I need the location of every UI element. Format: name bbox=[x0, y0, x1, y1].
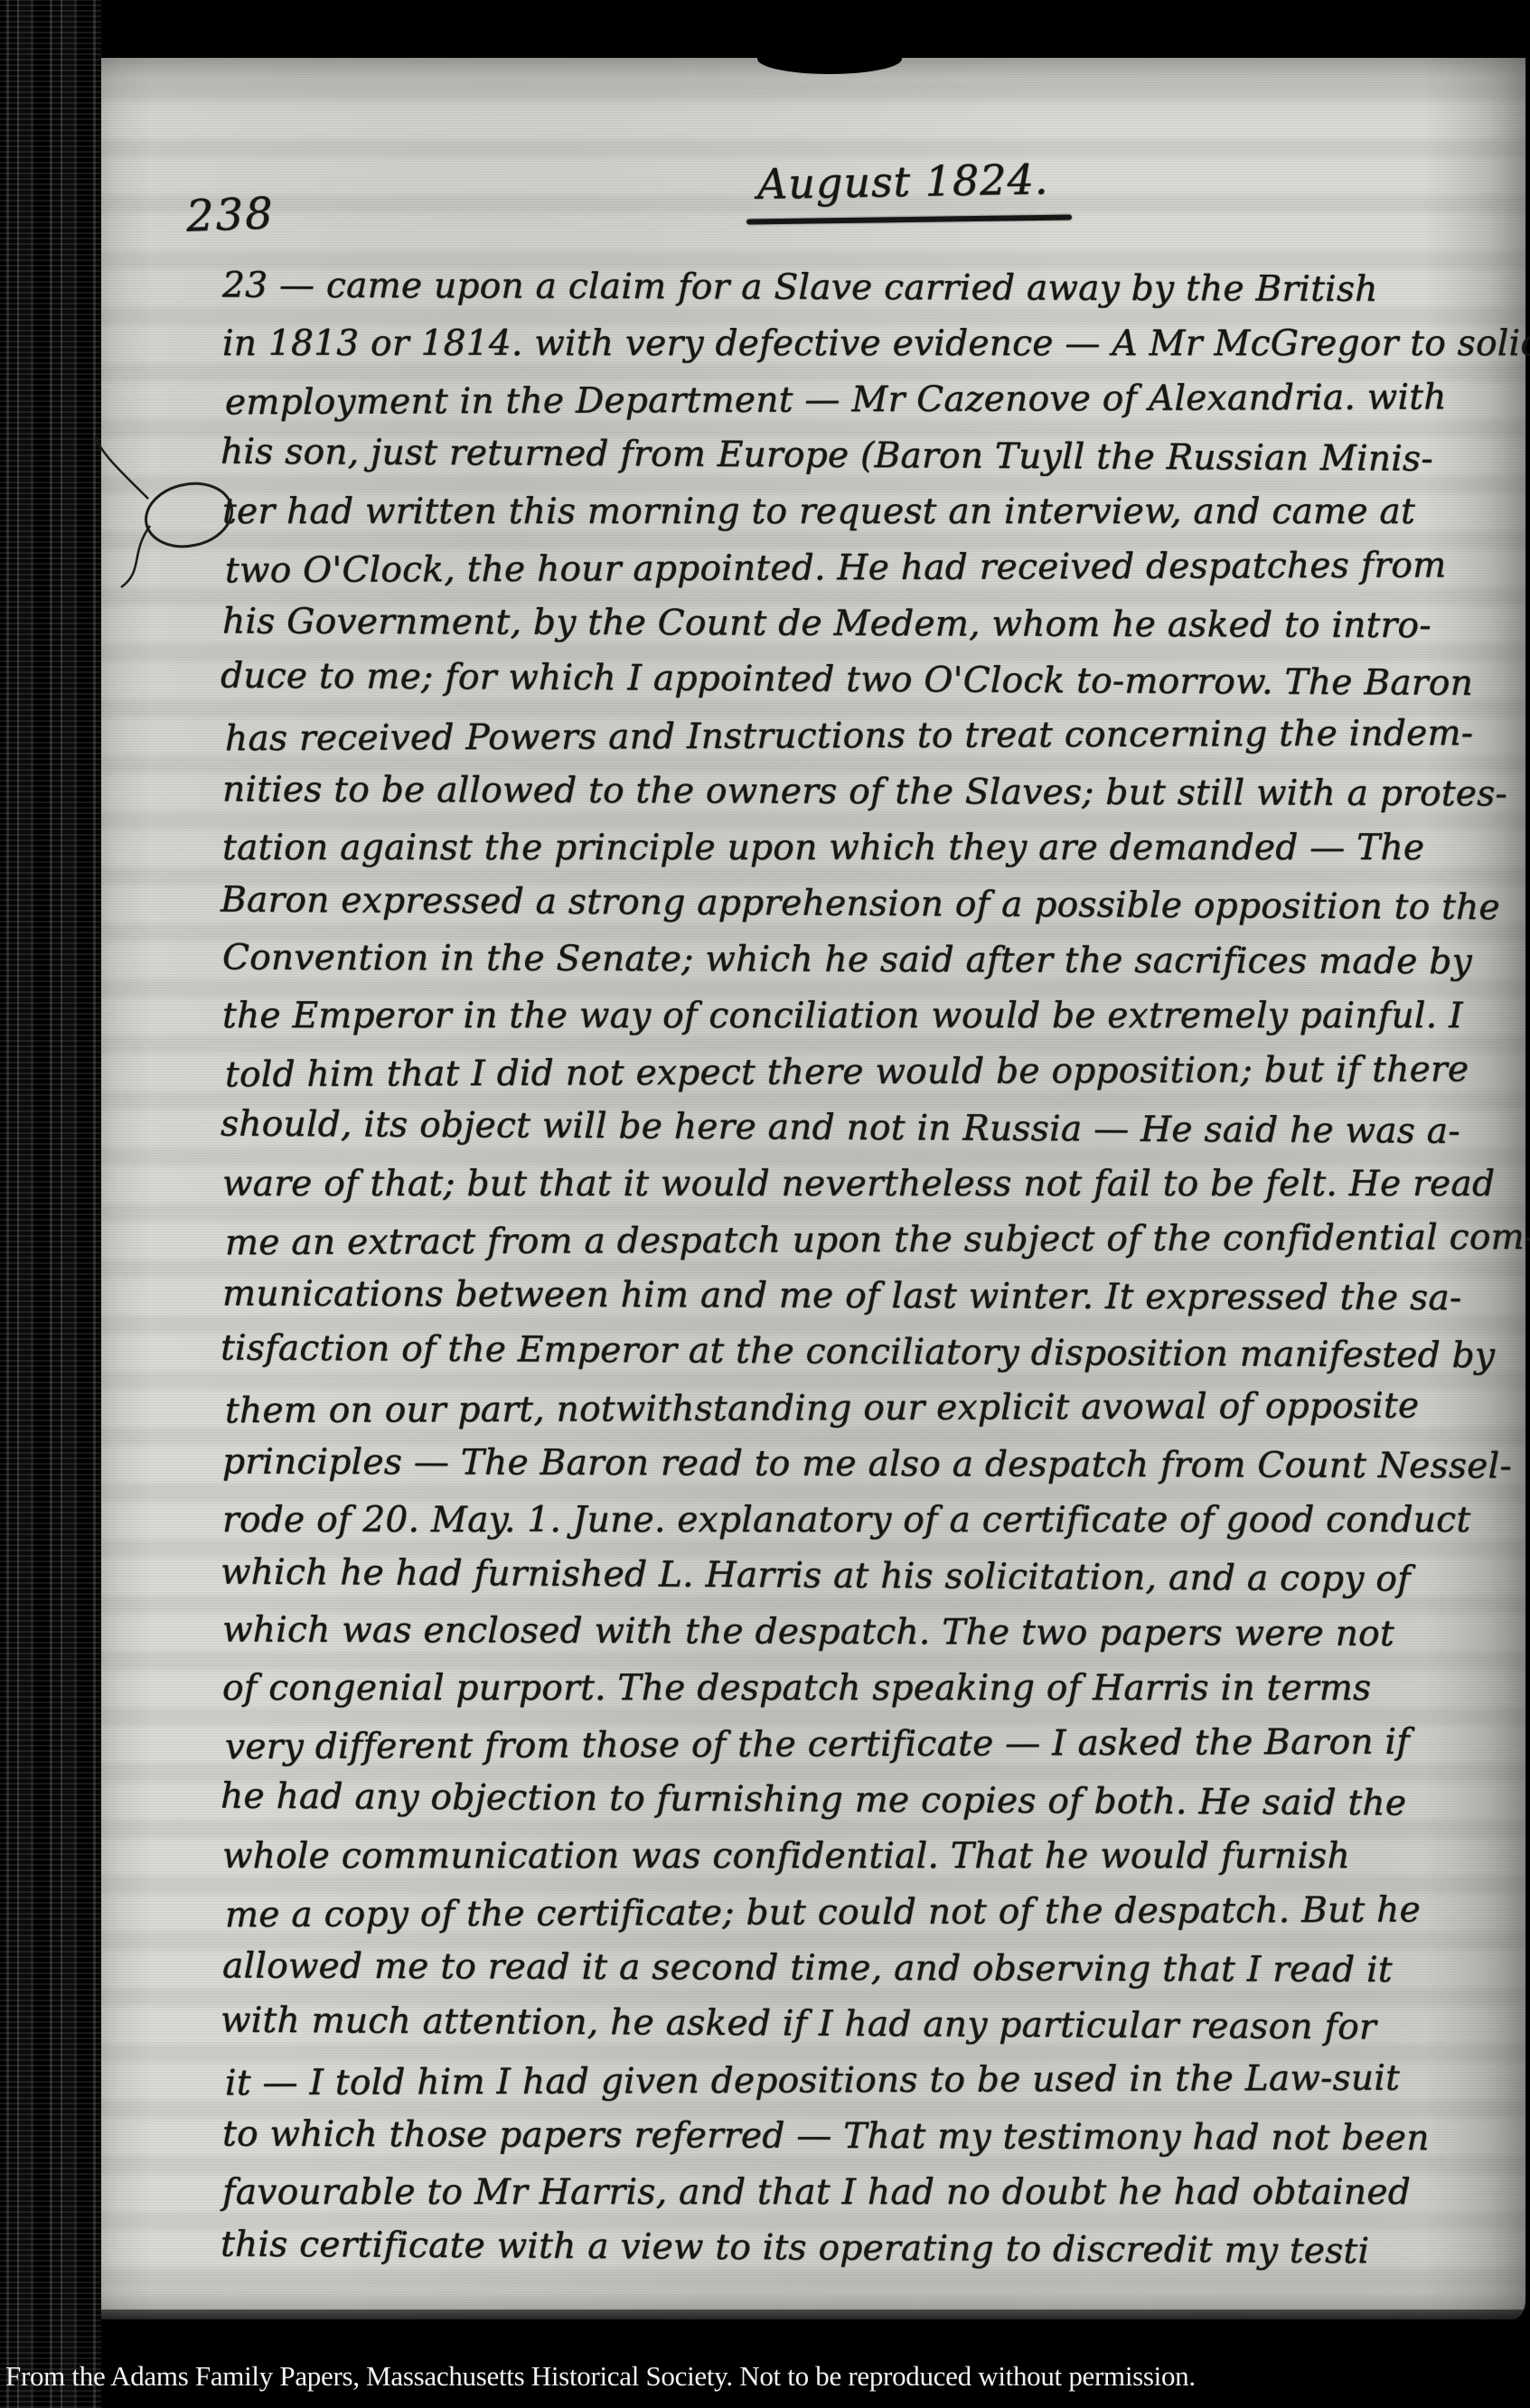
entry-date-header: August 1824. bbox=[757, 155, 1049, 209]
book-spine bbox=[0, 0, 101, 2408]
manuscript-line: he had any objection to furnishing me co… bbox=[221, 1770, 1530, 1834]
manuscript-line: very different from those of the certifi… bbox=[225, 1716, 1530, 1777]
attribution-caption: From the Adams Family Papers, Massachuse… bbox=[5, 2360, 1530, 2393]
manuscript-line: Convention in the Senate; which he said … bbox=[222, 932, 1530, 992]
manuscript-line: whole communication was confidential. Th… bbox=[222, 1831, 1530, 1887]
manuscript-line: me a copy of the certificate; but could … bbox=[225, 1884, 1530, 1945]
manuscript-line: which was enclosed with the despatch. Th… bbox=[222, 1604, 1530, 1664]
manuscript-line: of congenial purport. The despatch speak… bbox=[222, 1663, 1530, 1719]
manuscript-line: to which those papers referred — That my… bbox=[222, 2108, 1530, 2169]
manuscript-line: should, its object will be here and not … bbox=[221, 1098, 1530, 1162]
manuscript-line: two O'Clock, the hour appointed. He had … bbox=[225, 539, 1530, 601]
manuscript-line: tisfaction of the Emperor at the concili… bbox=[221, 1322, 1530, 1386]
manuscript-line: munications between him and me of last w… bbox=[222, 1268, 1530, 1328]
margin-pen-mark bbox=[94, 436, 266, 589]
manuscript-line: nities to be allowed to the owners of th… bbox=[222, 764, 1530, 824]
manuscript-line: this certificate with a view to its oper… bbox=[221, 2218, 1530, 2282]
manuscript-line: in 1813 or 1814. with very defective evi… bbox=[222, 318, 1530, 374]
scan-top-border bbox=[0, 0, 1530, 58]
manuscript-page: 238 August 1824. 23 — came upon a claim … bbox=[52, 56, 1525, 2319]
manuscript-line: tation against the principle upon which … bbox=[222, 822, 1530, 878]
manuscript-line: employment in the Department — Mr Cazeno… bbox=[225, 371, 1530, 433]
scan-bottom-border bbox=[0, 2310, 1530, 2408]
manuscript-line: has received Powers and Instructions to … bbox=[225, 707, 1530, 769]
manuscript-line: the Emperor in the way of conciliation w… bbox=[222, 990, 1530, 1046]
manuscript-line: it — I told him I had given depositions … bbox=[225, 2052, 1530, 2113]
manuscript-line: his son, just returned from Europe (Baro… bbox=[221, 426, 1530, 490]
manuscript-line: told him that I did not expect there wou… bbox=[225, 1044, 1530, 1105]
manuscript-line: allowed me to read it a second time, and… bbox=[222, 1940, 1530, 2000]
manuscript-line: me an extract from a despatch upon the s… bbox=[225, 1212, 1530, 1273]
manuscript-line: ware of that; but that it would neverthe… bbox=[222, 1158, 1530, 1214]
manuscript-line: them on our part, notwithstanding our ex… bbox=[225, 1380, 1530, 1441]
manuscript-line: ter had written this morning to request … bbox=[222, 486, 1530, 542]
date-underline bbox=[746, 214, 1072, 224]
manuscript-line: with much attention, he asked if I had a… bbox=[221, 1994, 1530, 2058]
page-number: 238 bbox=[185, 188, 276, 241]
scan-edge-notch bbox=[757, 43, 902, 74]
manuscript-lines: 23 — came upon a claim for a Slave carri… bbox=[222, 262, 1530, 2279]
manuscript-line: favourable to Mr Harris, and that I had … bbox=[222, 2167, 1530, 2223]
manuscript-line: principles — The Baron read to me also a… bbox=[222, 1436, 1530, 1496]
manuscript-line: 23 — came upon a claim for a Slave carri… bbox=[222, 259, 1530, 320]
manuscript-line: which he had furnished L. Harris at his … bbox=[221, 1546, 1530, 1610]
manuscript-line: duce to me; for which I appointed two O'… bbox=[221, 650, 1530, 714]
manuscript-line: his Government, by the Count de Medem, w… bbox=[222, 595, 1530, 656]
manuscript-line: Baron expressed a strong apprehension of… bbox=[221, 874, 1530, 938]
manuscript-line: rode of 20. May. 1. June. explanatory of… bbox=[222, 1494, 1530, 1551]
